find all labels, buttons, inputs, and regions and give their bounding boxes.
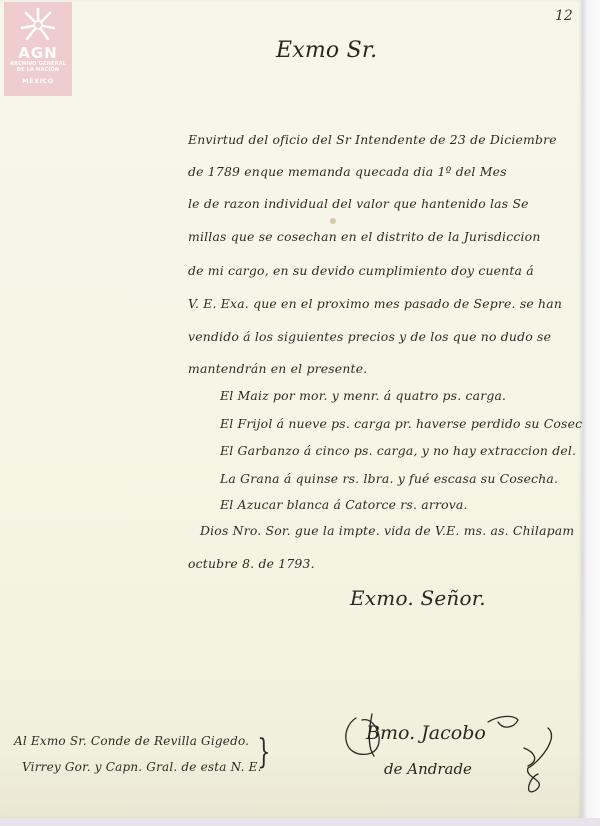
agn-watermark: AGN ARCHIVO GENERAL DE LA NACIÓN MÉXICO [4, 2, 72, 96]
agn-star-logo-icon [18, 6, 58, 44]
price-line-azucar: El Azucar blanca á Catorce rs. arrova. [220, 497, 468, 512]
folio-number: 12 [555, 8, 573, 24]
body-line: le de razon individual del valor que han… [188, 196, 529, 211]
ink-stain [330, 218, 336, 224]
body-line: vendido á los siguientes precios y de lo… [188, 329, 551, 344]
signature-name: Bmo. Jacobo [366, 722, 486, 744]
blessing-line: Dios Nro. Sor. gue la impte. vida de V.E… [200, 523, 574, 538]
scan-margin-right [582, 0, 600, 826]
body-line: de 1789 enque memanda quecada dia 1º del… [188, 164, 507, 179]
signature-surname: de Andrade [384, 760, 472, 778]
address-brace: } [257, 732, 270, 772]
price-line-frijol: El Frijol á nueve ps. carga pr. haverse … [220, 416, 600, 431]
date-line: octubre 8. de 1793. [188, 556, 315, 571]
scan-margin-bottom [0, 818, 600, 826]
agn-country: MÉXICO [22, 77, 54, 85]
body-line: V. E. Exa. que en el proximo mes pasado … [188, 296, 562, 311]
price-line-garbanzo: El Garbanzo á cinco ps. carga, y no hay … [220, 443, 576, 458]
price-line-maiz: El Maiz por mor. y menr. á quatro ps. ca… [220, 388, 506, 403]
body-line: millas que se cosechan en el distrito de… [188, 229, 541, 244]
body-line: de mi cargo, en su devido cumplimiento d… [188, 263, 534, 278]
closing-salutation: Exmo. Señor. [350, 586, 486, 610]
salutation: Exmo Sr. [276, 38, 377, 63]
addressee-line: Al Exmo Sr. Conde de Revilla Gigedo. [14, 734, 249, 748]
manuscript-page: AGN ARCHIVO GENERAL DE LA NACIÓN MÉXICO … [0, 0, 582, 818]
body-line: Envirtud del oficio del Sr Intendente de… [188, 132, 557, 147]
agn-line2: DE LA NACIÓN [17, 67, 60, 73]
addressee-title-line: Virrey Gor. y Capn. Gral. de esta N. E. [22, 760, 262, 774]
agn-acronym: AGN [18, 45, 57, 61]
body-line: mantendrán en el presente. [188, 361, 367, 376]
price-line-grana: La Grana á quinse rs. lbra. y fué escasa… [220, 471, 558, 486]
signature: Bmo. Jacobo de Andrade [338, 708, 568, 798]
